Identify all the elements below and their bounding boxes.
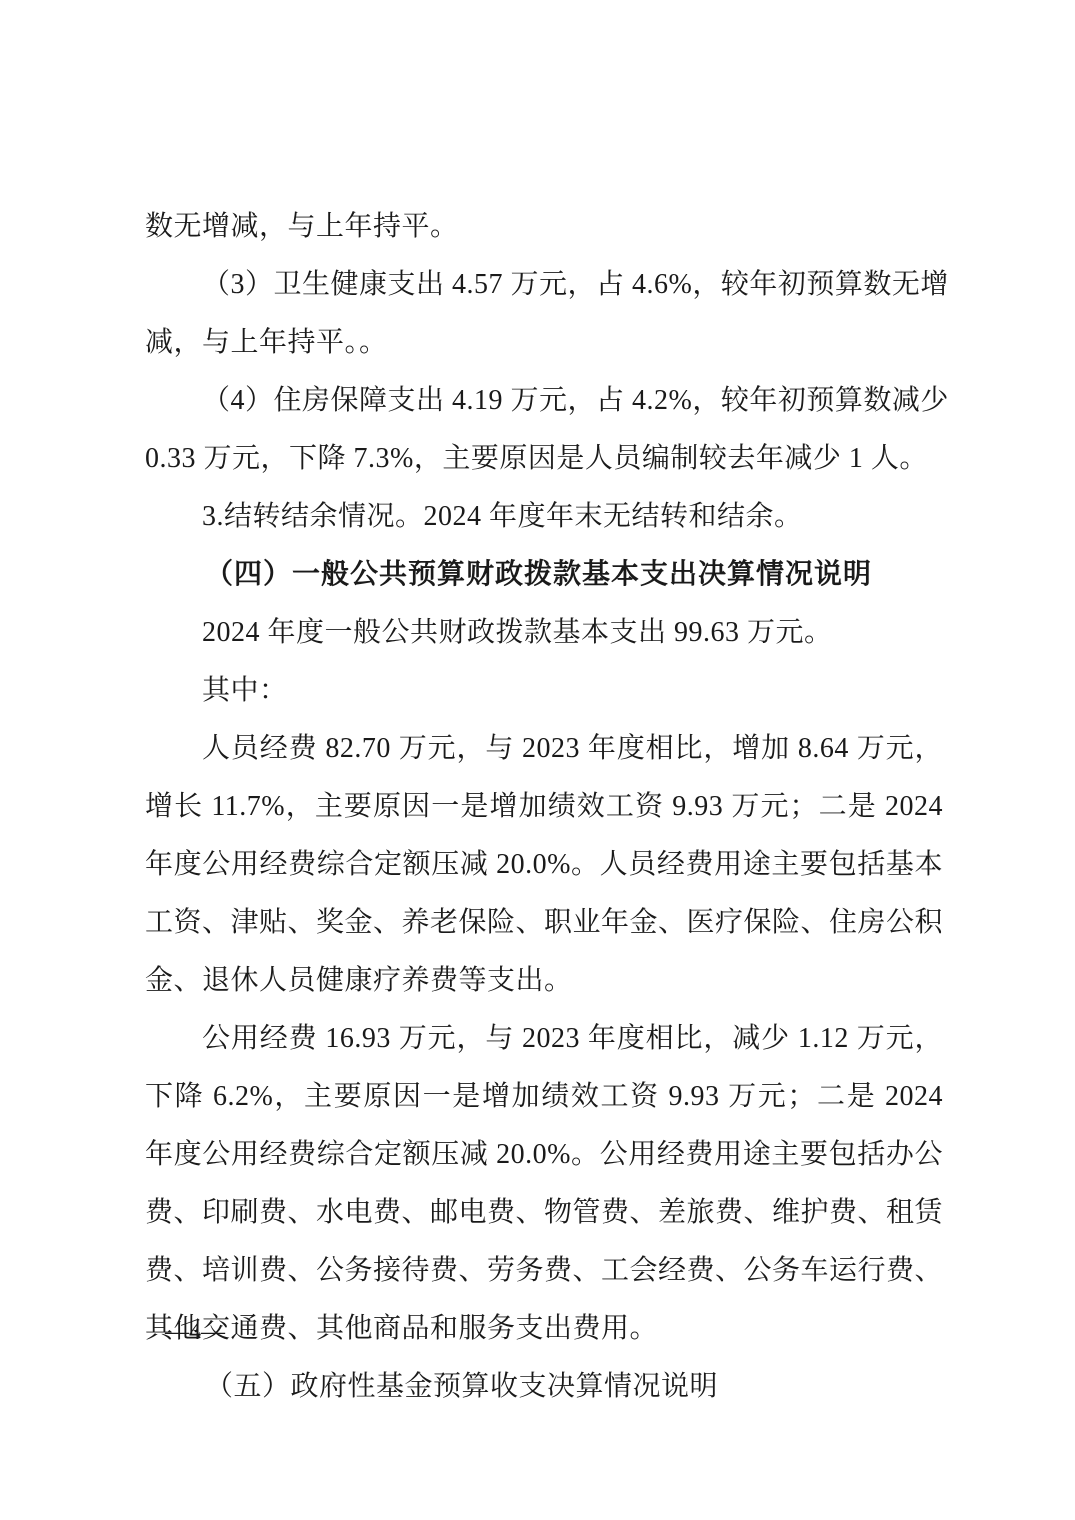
paragraph-line: 3.结转结余情况。2024 年度年末无结转和结余。 [145,488,943,546]
paragraph-line: 其他交通费、其他商品和服务支出费用。 [145,1300,943,1358]
paragraph-line: （4）住房保障支出 4.19 万元，占 4.2%，较年初预算数减少 [145,372,943,430]
paragraph-line: 金、退休人员健康疗养费等支出。 [145,952,943,1010]
paragraph-line: 2024 年度一般公共财政拨款基本支出 99.63 万元。 [145,604,943,662]
page-number: —4— [165,1312,225,1352]
paragraph-line: 费、培训费、公务接待费、劳务费、工会经费、公务车运行费、 [145,1242,943,1300]
document-body: 数无增减，与上年持平。 （3）卫生健康支出 4.57 万元，占 4.6%，较年初… [145,198,943,1416]
paragraph-line: 公用经费 16.93 万元，与 2023 年度相比，减少 1.12 万元， [145,1010,943,1068]
section-heading: （五）政府性基金预算收支决算情况说明 [145,1358,943,1416]
paragraph-line: 费、印刷费、水电费、邮电费、物管费、差旅费、维护费、租赁 [145,1184,943,1242]
paragraph-line: 其中： [145,662,943,720]
paragraph-line: 下降 6.2%，主要原因一是增加绩效工资 9.93 万元；二是 2024 [145,1068,943,1126]
paragraph-line: （3）卫生健康支出 4.57 万元，占 4.6%，较年初预算数无增 [145,256,943,314]
paragraph-line: 增长 11.7%，主要原因一是增加绩效工资 9.93 万元；二是 2024 [145,778,943,836]
paragraph-line: 工资、津贴、奖金、养老保险、职业年金、医疗保险、住房公积 [145,894,943,952]
section-heading: （四）一般公共预算财政拨款基本支出决算情况说明 [145,546,943,604]
paragraph-line: 年度公用经费综合定额压减 20.0%。人员经费用途主要包括基本 [145,836,943,894]
paragraph-line: 年度公用经费综合定额压减 20.0%。公用经费用途主要包括办公 [145,1126,943,1184]
paragraph-line: 0.33 万元，下降 7.3%，主要原因是人员编制较去年减少 1 人。 [145,430,943,488]
paragraph-line: 数无增减，与上年持平。 [145,198,943,256]
paragraph-line: 减，与上年持平。。 [145,314,943,372]
paragraph-line: 人员经费 82.70 万元，与 2023 年度相比，增加 8.64 万元， [145,720,943,778]
